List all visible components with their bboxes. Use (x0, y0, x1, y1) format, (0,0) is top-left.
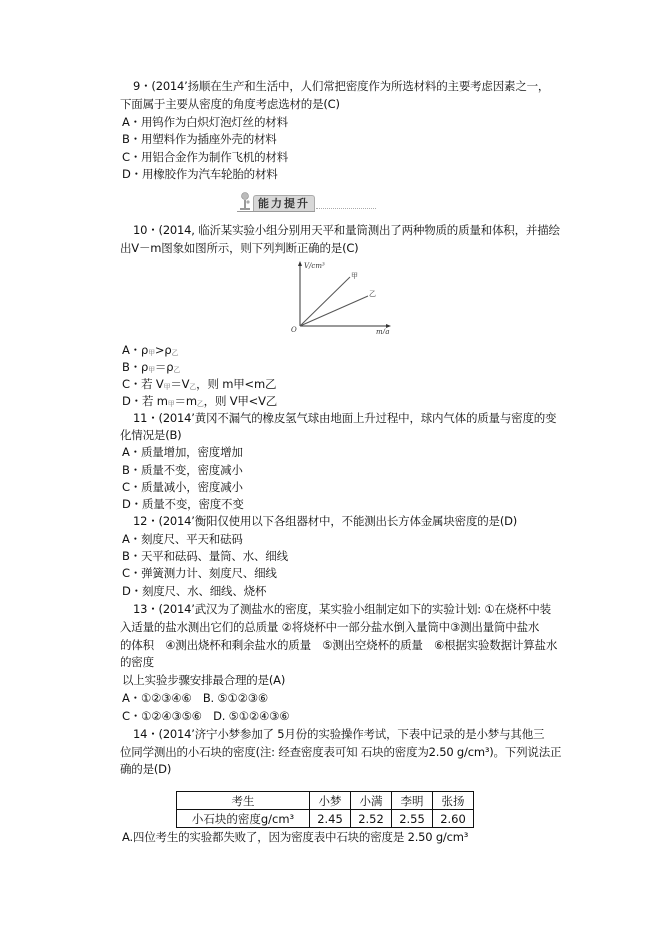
q11-option-d: D・质量不变，密度不变 (122, 496, 244, 512)
table-cell: 2.52 (351, 810, 392, 828)
q13-stem-line1: 13・(2014’武汉为了测盐水的密度，某实验小组制定如下的实验计划: ①在烧杯… (133, 601, 551, 617)
graph-series-jia: 甲 (351, 272, 358, 280)
q9-option-a: A・用钨作为白炽灯泡灯丝的材料 (122, 114, 288, 130)
q11-option-b: B・质量不变，密度减小 (122, 462, 243, 478)
q11-option-c: C・质量减小，密度减小 (122, 479, 243, 495)
q9-option-c: C・用铝合金作为制作飞机的材料 (122, 149, 288, 165)
q11-stem-line2: 化情况是(B) (120, 427, 181, 443)
graph-origin: O (291, 326, 297, 334)
q10-stem-line1: 10・(2014, 临沂某实验小组分别用天平和量筒测出了两种物质的质量和体积，并… (133, 222, 560, 238)
q12-stem-line1: 12・(2014’衡阳仅使用以下各组器材中，不能测出长方体金属块密度的是(D) (133, 513, 517, 529)
q12-option-a: A・刻度尺、平天和砝码 (122, 531, 243, 547)
q9-option-d: D・用橡胶作为汽车轮胎的材料 (122, 166, 278, 182)
table-cell: 2.60 (433, 810, 474, 828)
v-m-graph-svg: V/cm³ m/g O 甲 乙 (288, 258, 398, 334)
table-header-cell: 小梦 (310, 792, 351, 810)
q9-option-b: B・用塑料作为插座外壳的材料 (122, 131, 277, 147)
v-m-graph: V/cm³ m/g O 甲 乙 (288, 258, 398, 334)
table-header-cell: 张扬 (433, 792, 474, 810)
q13-stem-line2: 入适量的盐水测出它们的总质量 ②将烧杯中一部分盐水倒入量筒中③测出量筒中盐水 (120, 619, 539, 635)
q11-option-a: A・质量增加，密度增加 (122, 444, 243, 460)
q11-stem-line1: 11・(2014’黄冈不漏气的橡皮氢气球由地面上升过程中，球内气体的质量与密度的… (133, 410, 556, 426)
q13-stem-line5: 以上实验步骤安排最合理的是(A) (122, 672, 285, 688)
banner-underline (237, 211, 315, 212)
q13-options-line2: C・①②④③⑤⑥ D. ⑤①②④③⑥ (122, 708, 289, 724)
q12-option-c: C・弹簧测力计、刻度尺、细线 (122, 565, 277, 581)
q14-stem-line2: 位同学测出的小石块的密度(注: 经查密度表可知 石块的密度为2.50 g/cm³… (120, 744, 561, 760)
document-page: 9・(2014’扬顺在生产和生活中，人们常把密度作为所选材料的主要考虑因素之一，… (0, 0, 661, 935)
q10-stem-line2: 出V－m图象如图所示，则下列判断正确的是(C) (120, 240, 358, 256)
section-banner-label: 能力提升 (253, 195, 315, 212)
table-row: 小石块的密度g/cm³ 2.45 2.52 2.55 2.60 (177, 810, 474, 828)
q14-stem-line3: 确的是(D) (120, 761, 171, 777)
banner-dotted-line (316, 208, 376, 209)
table-header-cell: 考生 (177, 792, 310, 810)
table-header-cell: 小满 (351, 792, 392, 810)
q13-stem-line3: 的体积 ④测出烧杯和剩余盐水的质量 ⑤测出空烧杯的质量 ⑥根据实验数据计算盐水 (120, 637, 557, 653)
mascot-icon (239, 192, 251, 210)
table-header-cell: 李明 (392, 792, 433, 810)
q14-stem-line1: 14・(2014’济宁小梦参加了 5月份的实验操作考试，下表中记录的是小梦与其他… (133, 726, 544, 742)
table-header-row: 考生 小梦 小满 李明 张扬 (177, 792, 474, 810)
q12-option-b: B・天平和砝码、量筒、水、细线 (122, 548, 288, 564)
q9-stem-line2: 下面属于主要从密度的角度考虑选材的是(C) (120, 96, 340, 112)
density-table: 考生 小梦 小满 李明 张扬 小石块的密度g/cm³ 2.45 2.52 2.5… (176, 791, 474, 828)
q9-stem-line1: 9・(2014’扬顺在生产和生活中，人们常把密度作为所选材料的主要考虑因素之一， (133, 78, 549, 94)
graph-series-yi: 乙 (369, 290, 376, 298)
table-cell: 小石块的密度g/cm³ (177, 810, 310, 828)
q12-option-d: D・刻度尺、水、细线、烧杯 (122, 583, 266, 599)
q13-options-line1: A・①②③④⑥ B. ⑤①②③⑥ (122, 690, 268, 706)
graph-x-label: m/g (376, 328, 390, 334)
table-cell: 2.55 (392, 810, 433, 828)
graph-y-label: V/cm³ (304, 262, 325, 270)
q14-option-a: A.四位考生的实验都失败了，因为密度表中石块的密度是 2.50 g/cm³ (122, 829, 468, 845)
q13-stem-line4: 的密度 (120, 654, 154, 670)
table-cell: 2.45 (310, 810, 351, 828)
section-banner: 能力提升 (237, 194, 367, 214)
